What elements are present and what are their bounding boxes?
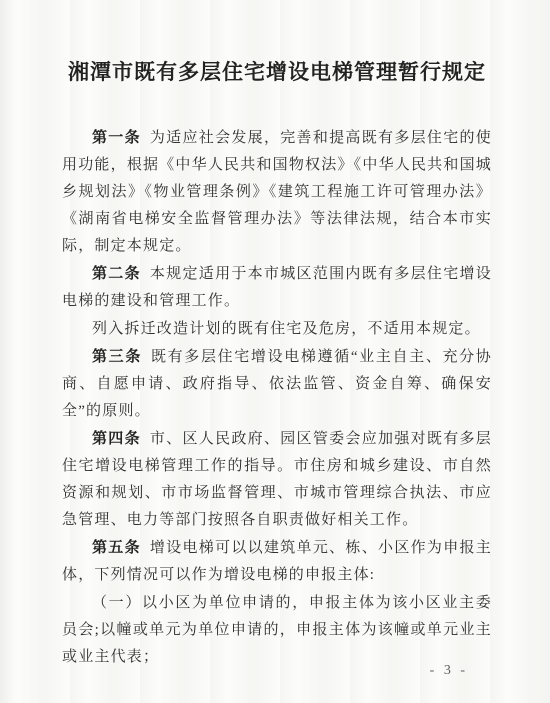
paragraph-article-5: 第五条增设电梯可以以建筑单元、栋、小区作为申报主体，下列情况可以作为增设电梯的申…: [62, 534, 492, 589]
article-3-label: 第三条: [92, 347, 142, 365]
article-5-item-1-text: （一）以小区为单位申请的，申报主体为该小区业主委员会;以幢或单元为单位申请的，申…: [62, 595, 492, 665]
article-2-supplement-text: 列入拆迁改造计划的既有住宅及危房，不适用本规定。: [92, 321, 481, 337]
page-number: - 3 -: [430, 663, 468, 679]
document-page: 湘潭市既有多层住宅增设电梯管理暂行规定 第一条为适应社会发展，完善和提高既有多层…: [0, 0, 550, 703]
article-2-label: 第二条: [92, 264, 141, 282]
paragraph-article-5-item-1: （一）以小区为单位申请的，申报主体为该小区业主委员会;以幢或单元为单位申请的，申…: [62, 589, 492, 671]
paragraph-article-1: 第一条为适应社会发展，完善和提高既有多层住宅的使用功能，根据《中华人民共和国物权…: [62, 124, 492, 260]
paragraph-article-3: 第三条既有多层住宅增设电梯遵循“业主自主、充分协商、自愿申请、政府指导、依法监管…: [62, 343, 492, 425]
document-body: 第一条为适应社会发展，完善和提高既有多层住宅的使用功能，根据《中华人民共和国物权…: [62, 124, 492, 671]
paragraph-article-2: 第二条本规定适用于本市城区范围内既有多层住宅增设电梯的建设和管理工作。: [62, 260, 492, 315]
article-1-text: 为适应社会发展，完善和提高既有多层住宅的使用功能，根据《中华人民共和国物权法》《…: [62, 130, 492, 254]
paragraph-article-4: 第四条市、区人民政府、园区管委会应加强对既有多层住宅增设电梯管理工作的指导。市住…: [62, 425, 492, 534]
article-4-label: 第四条: [92, 429, 141, 447]
article-5-label: 第五条: [92, 538, 141, 556]
article-1-label: 第一条: [92, 128, 141, 146]
document-title: 湘潭市既有多层住宅增设电梯管理暂行规定: [62, 56, 492, 86]
paragraph-article-2-supplement: 列入拆迁改造计划的既有住宅及危房，不适用本规定。: [62, 315, 492, 343]
